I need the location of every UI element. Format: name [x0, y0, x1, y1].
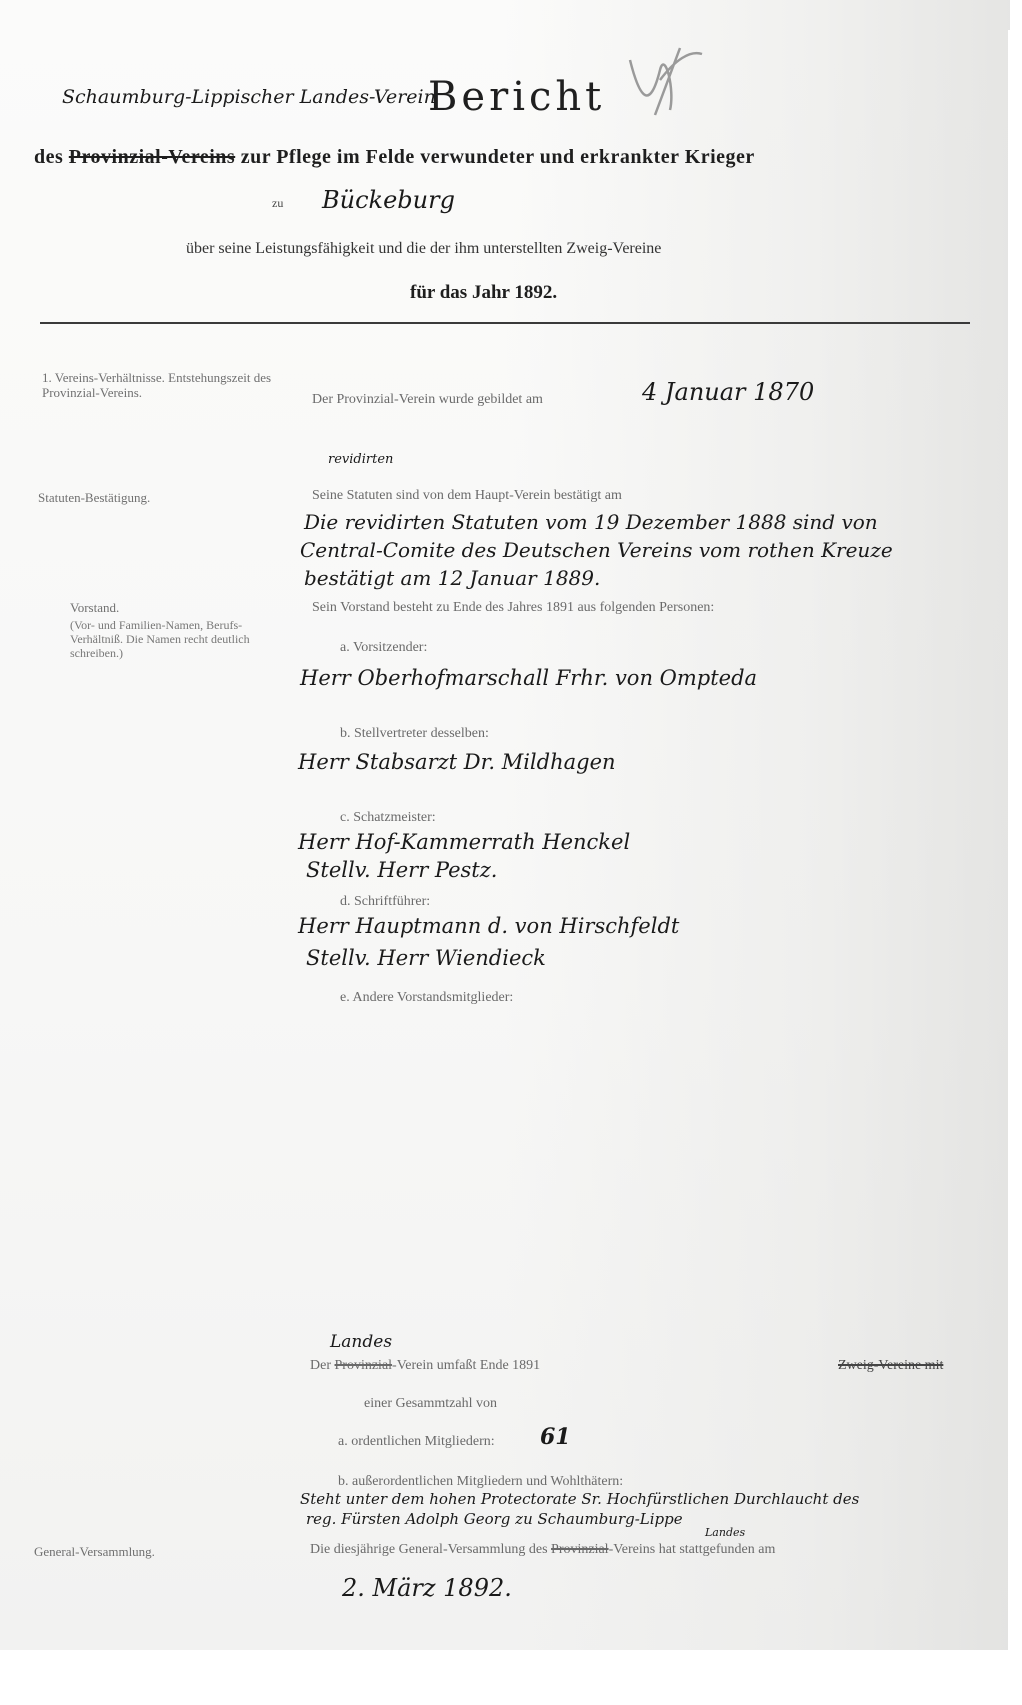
- founded-date-handwritten: 4 Januar 1870: [642, 378, 814, 406]
- statutes-handwritten-line-1: Die revidirten Statuten vom 19 Dezember …: [304, 510, 878, 534]
- section-1-label: 1. Vereins-Verhältnisse. Entstehungszeit…: [42, 370, 282, 400]
- subtitle-line: des Provinzial-Vereins zur Pflege im Fel…: [34, 146, 755, 169]
- role-b-name: Herr Stabsarzt Dr. Mildhagen: [298, 750, 616, 774]
- role-d-name-2: Stellv. Herr Wiendieck: [306, 946, 546, 970]
- subtitle-des: des: [34, 146, 63, 168]
- role-c-label: c. Schatzmeister:: [340, 810, 436, 826]
- section-3-label: Vorstand.: [70, 600, 119, 615]
- role-e-label: e. Andere Vorstandsmitglieder:: [340, 990, 513, 1006]
- page-edge: [1008, 30, 1022, 1650]
- board-printed: Sein Vorstand besteht zu Ende des Jahres…: [312, 600, 714, 616]
- subtitle-purpose: zur Pflege im Felde verwundeter und erkr…: [241, 146, 755, 168]
- role-a-label: a. Vorsitzender:: [340, 640, 427, 656]
- assembly-printed: Die diesjährige General-Versammlung des …: [310, 1542, 775, 1558]
- role-d-name-1: Herr Hauptmann d. von Hirschfeldt: [298, 914, 679, 938]
- handwritten-landes-1: Landes: [330, 1332, 392, 1352]
- protectorate-line-2: reg. Fürsten Adolph Georg zu Schaumburg-…: [306, 1510, 683, 1528]
- role-c-name-1: Herr Hof-Kammerrath Henckel: [298, 830, 630, 854]
- document-title: Bericht: [428, 74, 605, 120]
- total-count-printed: einer Gesammtzahl von: [364, 1396, 497, 1412]
- ordinary-members-value: 61: [540, 1424, 571, 1450]
- handwritten-revidirten: revidirten: [328, 452, 393, 467]
- struck-zweig-vereine: Zweig-Vereine mit: [838, 1358, 943, 1374]
- role-d-label: d. Schriftführer:: [340, 894, 430, 910]
- handwritten-place: Bückeburg: [322, 186, 455, 214]
- role-b-label: b. Stellvertreter desselben:: [340, 726, 489, 742]
- section-2-label: Statuten-Bestätigung.: [38, 490, 150, 505]
- subtitle-performance: über seine Leistungsfähigkeit und die de…: [186, 240, 661, 258]
- label-zu: zu: [272, 196, 283, 211]
- section-5-label: General-Versammlung.: [34, 1544, 155, 1559]
- role-c-name-2: Stellv. Herr Pestz.: [306, 858, 497, 882]
- handwritten-association-name: Schaumburg-Lippischer Landes-Verein: [62, 86, 436, 108]
- statutes-handwritten-line-3: bestätigt am 12 Januar 1889.: [304, 566, 600, 590]
- statutes-handwritten-line-2: Central-Comite des Deutschen Vereins vom…: [300, 538, 893, 562]
- ordinary-members-label: a. ordentlichen Mitgliedern:: [338, 1434, 495, 1450]
- membership-printed: Der Provinzial-Verein umfaßt Ende 1891: [310, 1358, 540, 1374]
- assembly-date-handwritten: 2. März 1892.: [342, 1574, 512, 1602]
- subtitle-struck-provinzial: Provinzial-Vereins: [69, 146, 235, 168]
- statutes-printed: Seine Statuten sind von dem Haupt-Verein…: [312, 488, 622, 504]
- protectorate-line-1: Steht unter dem hohen Protectorate Sr. H…: [300, 1490, 859, 1508]
- header-divider: [40, 322, 970, 324]
- report-year: für das Jahr 1892.: [410, 282, 557, 304]
- section-3-note: (Vor- und Familien-Namen, Berufs-Verhält…: [70, 618, 285, 660]
- founded-printed: Der Provinzial-Verein wurde gebildet am: [312, 392, 543, 408]
- pencil-mark-icon: [620, 40, 710, 120]
- role-a-name: Herr Oberhofmarschall Frhr. von Ompteda: [300, 666, 757, 690]
- extraordinary-members-label: b. außerordentlichen Mitgliedern und Woh…: [338, 1474, 623, 1490]
- handwritten-landes-2: Landes: [705, 1526, 745, 1539]
